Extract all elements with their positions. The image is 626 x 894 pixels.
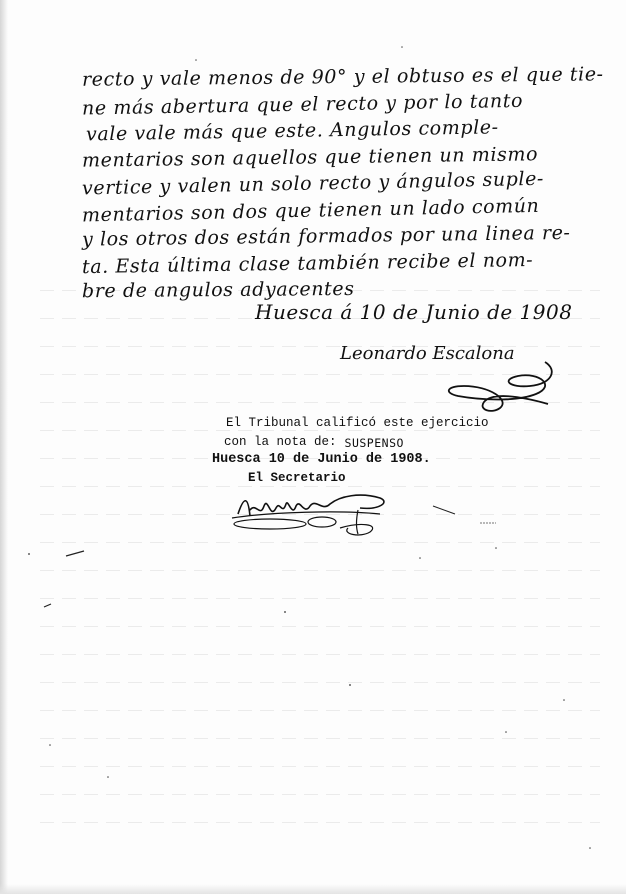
stamp-line-2: con la nota de:SUSPENSO [212, 432, 489, 451]
tribunal-stamp: El Tribunal calificó este ejercicio con … [212, 414, 489, 487]
grade-value: SUSPENSO [345, 436, 404, 450]
stamp-grade-label: con la nota de: [224, 435, 337, 449]
stamp-date: Huesca 10 de Junio de 1908. [212, 451, 489, 469]
handwritten-body: recto y vale menos de 90° y el obtuso es… [82, 64, 602, 303]
secretary-signature-icon [230, 488, 410, 538]
stamp-line-1: El Tribunal calificó este ejercicio [212, 414, 489, 432]
stamp-secretary-label: El Secretario [212, 469, 489, 487]
place-date: Huesca á 10 de Junio de 1908 [255, 300, 572, 324]
signature-flourish-icon [440, 360, 560, 420]
document-page: recto y vale menos de 90° y el obtuso es… [0, 0, 626, 894]
